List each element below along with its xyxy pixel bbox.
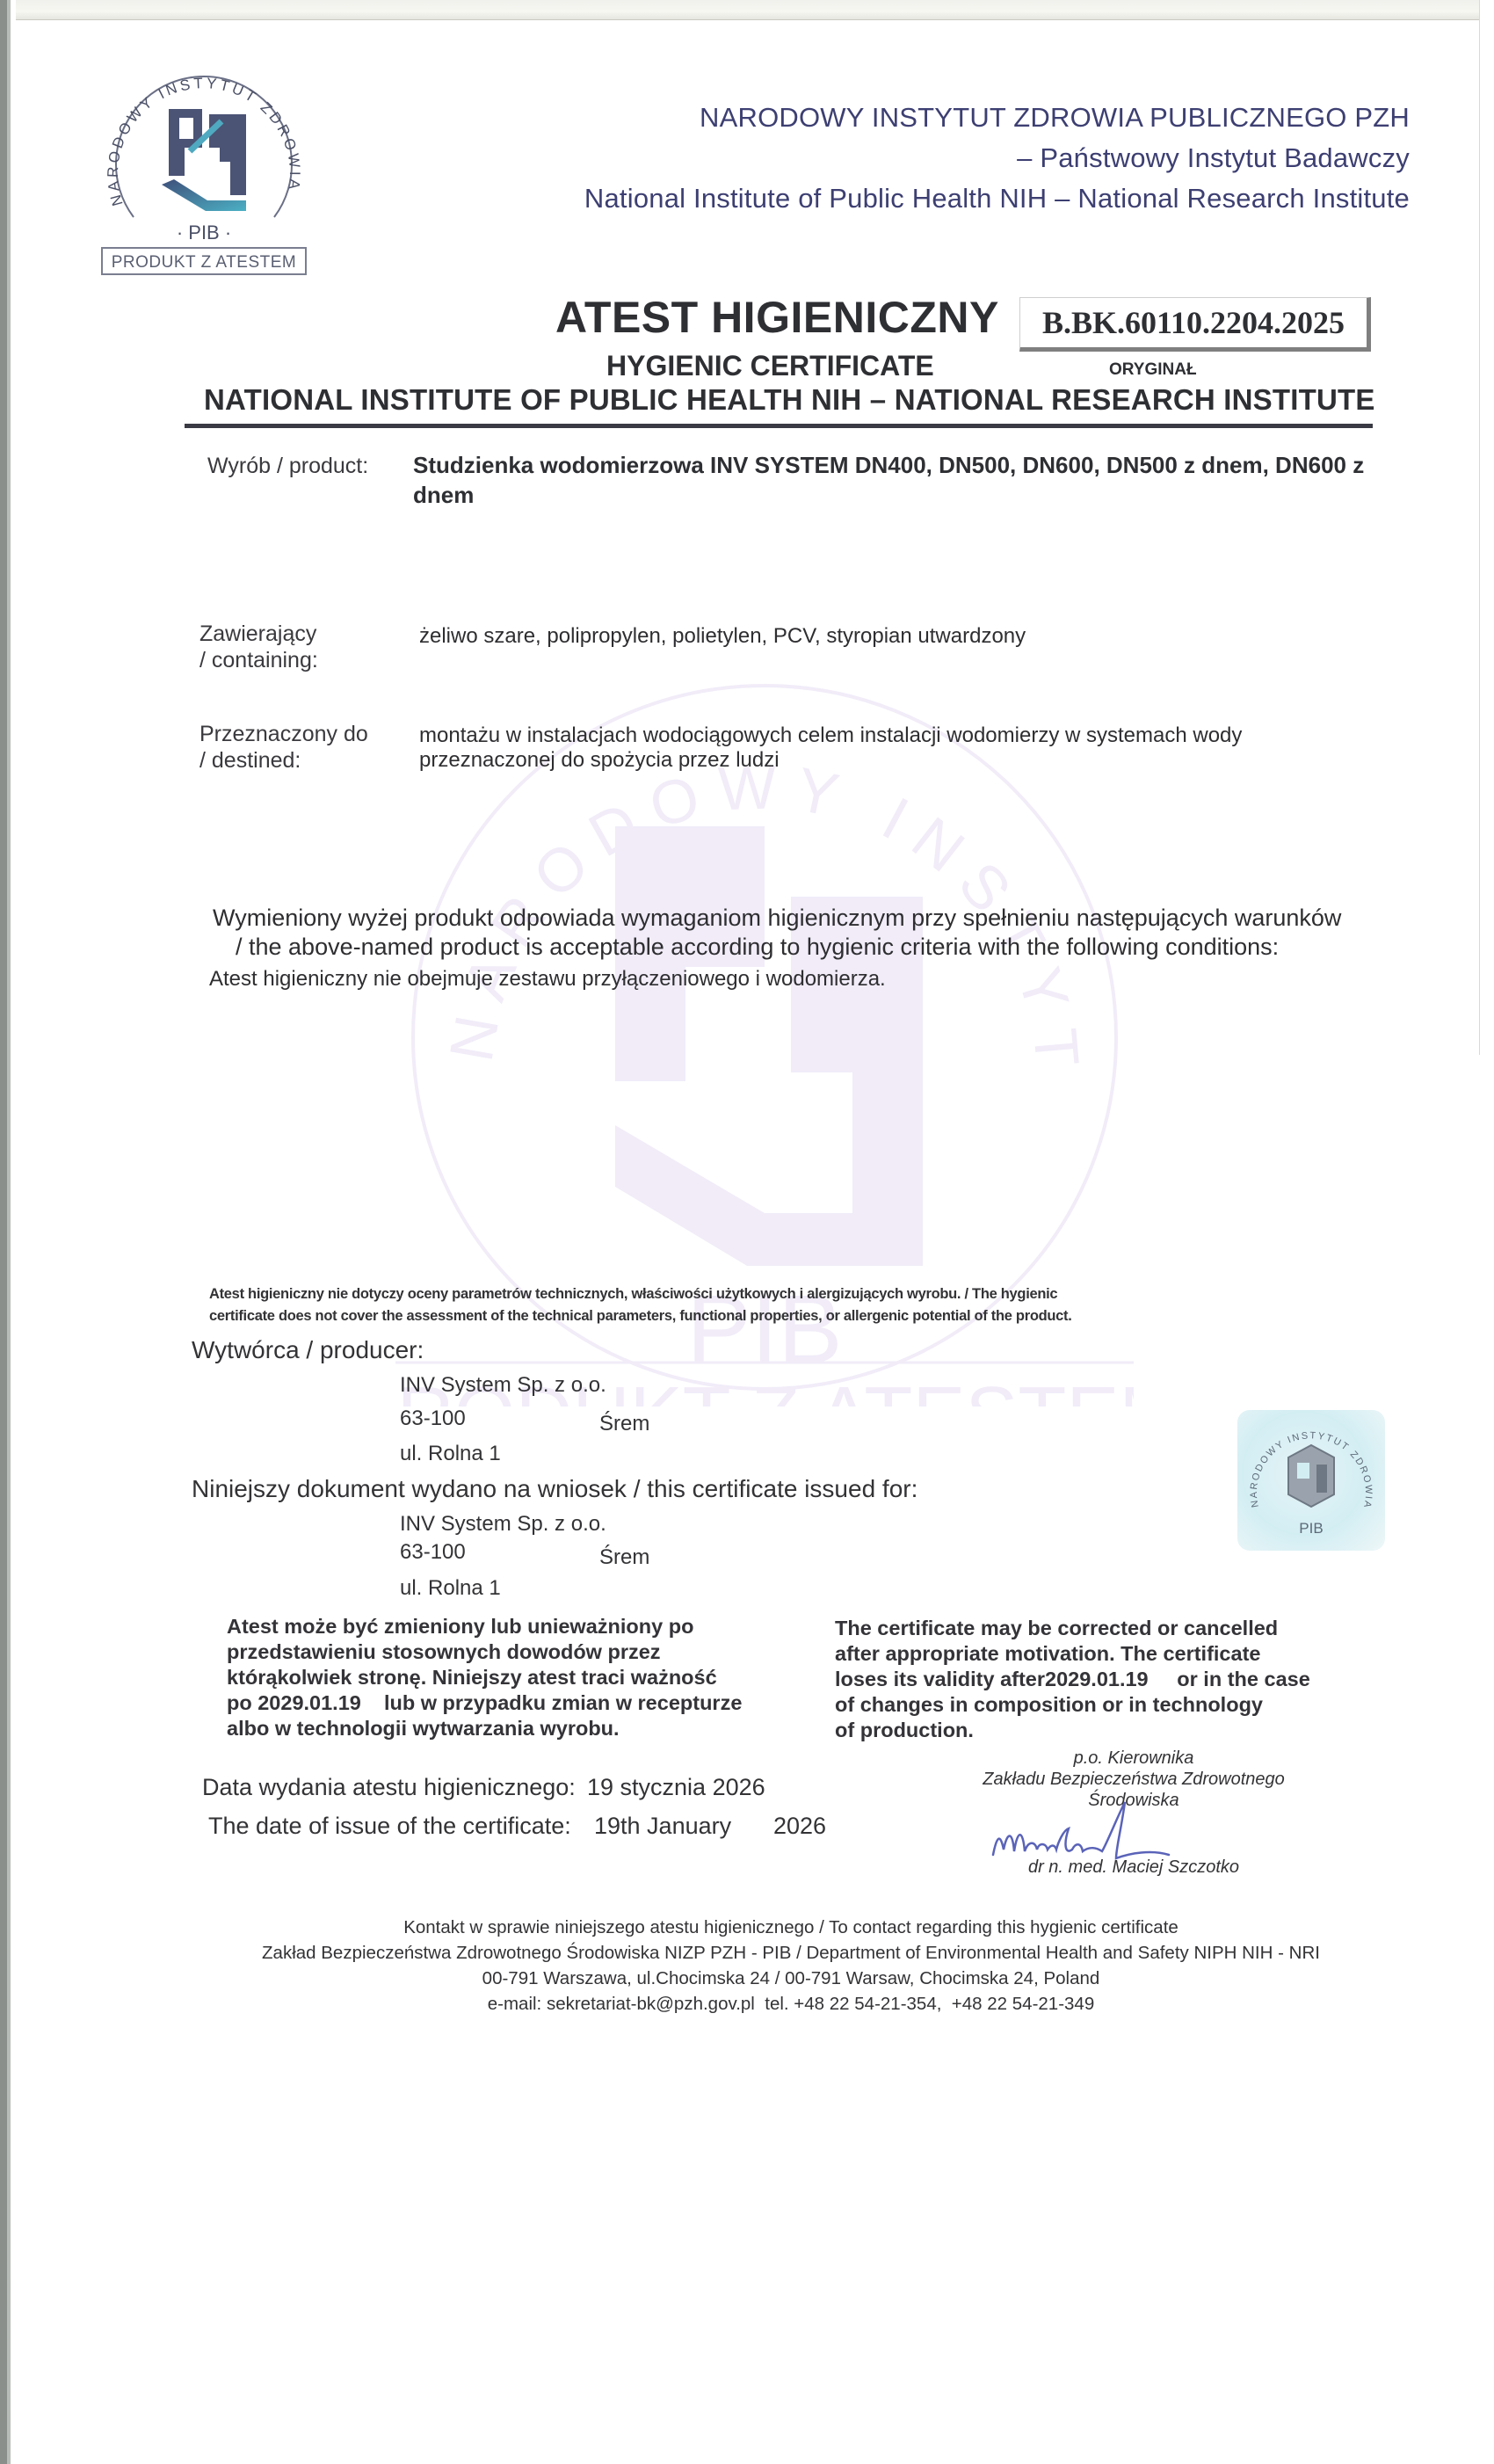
validity-pl-line: po 2029.01.19 lub w przypadku zmian w re…: [227, 1690, 742, 1716]
scan-edge-left-inner: [7, 0, 11, 2464]
disclaimer-line2: certificate does not cover the assessmen…: [209, 1305, 1352, 1327]
issue-date-value-en-year: 2026: [773, 1813, 826, 1840]
header-divider: [185, 424, 1373, 428]
contact-info: Kontakt w sprawie niniejszego atestu hig…: [176, 1915, 1406, 2017]
contact-address: 00-791 Warszawa, ul.Chocimska 24 / 00-79…: [176, 1966, 1406, 1991]
producer-street: ul. Rolna 1: [400, 1442, 501, 1466]
scan-edge-top: [16, 0, 1479, 20]
validity-pl-line: albo w technologii wytwarzania wyrobu.: [227, 1716, 742, 1741]
nih-pzh-pib-logo-icon: NARODOWY INSTYTUT ZDROWIA PUBLICZNEGO · …: [98, 63, 309, 280]
destined-label-pl: Przeznaczony do: [199, 721, 368, 747]
scan-edge-right: [1479, 0, 1480, 1055]
original-mark: ORYGINAŁ: [1109, 360, 1197, 380]
validity-pl-line: przedstawieniu stosownych dowodów przez: [227, 1639, 742, 1665]
condition-text: Atest higieniczny nie obejmuje zestawu p…: [209, 967, 886, 992]
validity-en-line: The certificate may be corrected or canc…: [835, 1616, 1310, 1641]
validity-en: The certificate may be corrected or canc…: [835, 1616, 1310, 1743]
institute-name-en: National Institute of Public Health NIH …: [584, 179, 1410, 218]
destined-label-en: / destined:: [199, 747, 368, 774]
validity-en-line: of production.: [835, 1718, 1310, 1743]
issued-for-street: ul. Rolna 1: [400, 1576, 501, 1601]
issued-for-label: Niniejszy dokument wydano na wniosek / t…: [192, 1475, 917, 1503]
contact-line: Kontakt w sprawie niniejszego atestu hig…: [176, 1915, 1406, 1940]
certificate-number: B.BK.60110.2204.2025: [1019, 297, 1371, 352]
disclaimer-line1: Atest higieniczny nie dotyczy oceny para…: [209, 1283, 1352, 1305]
issued-for-city: Śrem: [599, 1545, 649, 1570]
svg-text:· PIB ·: · PIB ·: [177, 222, 231, 243]
issue-date-label-en: The date of issue of the certificate:: [208, 1813, 571, 1840]
disclaimer: Atest higieniczny nie dotyczy oceny para…: [209, 1283, 1352, 1327]
destined-value-line1: montażu w instalacjach wodociągowych cel…: [419, 723, 1386, 748]
certificate-title-en: HYGIENIC CERTIFICATE: [606, 350, 934, 382]
contact-department: Zakład Bezpieczeństwa Zdrowotnego Środow…: [176, 1940, 1406, 1966]
issue-date-value-pl: 19 stycznia 2026: [587, 1774, 765, 1801]
producer-name: INV System Sp. z o.o.: [400, 1373, 606, 1398]
containing-label-pl: Zawierający: [199, 621, 318, 647]
validity-en-line: of changes in composition or in technolo…: [835, 1692, 1310, 1718]
destined-value: montażu w instalacjach wodociągowych cel…: [419, 723, 1386, 773]
scan-edge-left: [0, 0, 7, 2464]
validity-pl-line: którąkolwiek stronę. Niniejszy atest tra…: [227, 1665, 742, 1690]
signatory-title-line2: Zakładu Bezpieczeństwa Zdrowotnego: [932, 1769, 1336, 1790]
issued-for-name: INV System Sp. z o.o.: [400, 1512, 606, 1537]
issue-date-value-en-day-month: 19th January: [594, 1813, 731, 1840]
signatory-title-line1: p.o. Kierownika: [932, 1748, 1336, 1769]
svg-text:PIB: PIB: [1299, 1520, 1323, 1537]
validity-en-line: loses its validity after2029.01.19 or in…: [835, 1667, 1310, 1692]
product-label: Wyrób / product:: [207, 453, 368, 479]
destined-label: Przeznaczony do / destined:: [199, 721, 368, 774]
hologram-seal-icon: NARODOWY INSTYTUT ZDROWIA PUBLICZNEGO PZ…: [1237, 1410, 1385, 1551]
containing-label: Zawierający / containing:: [199, 621, 318, 673]
validity-pl: Atest może być zmieniony lub unieważnion…: [227, 1614, 742, 1741]
containing-value: żeliwo szare, polipropylen, polietylen, …: [419, 624, 1026, 649]
destined-value-line2: przeznaczonej do spożycia przez ludzi: [419, 748, 1386, 773]
svg-text:PRODUKT Z ATESTEM: PRODUKT Z ATESTEM: [112, 253, 297, 272]
issue-date-label-pl: Data wydania atestu higienicznego:: [202, 1774, 576, 1801]
conditions-statement-en: / the above-named product is acceptable …: [213, 933, 1341, 962]
certificate-title-pl: ATEST HIGIENICZNY: [555, 292, 999, 343]
issued-for-postal-code: 63-100: [400, 1540, 466, 1565]
containing-label-en: / containing:: [199, 647, 318, 673]
conditions-statement: Wymieniony wyżej produkt odpowiada wymag…: [213, 904, 1341, 962]
conditions-statement-pl: Wymieniony wyżej produkt odpowiada wymag…: [213, 904, 1341, 933]
producer-label: Wytwórca / producer:: [192, 1336, 424, 1364]
institute-name-pl: NARODOWY INSTYTUT ZDROWIA PUBLICZNEGO PZ…: [700, 98, 1410, 137]
institute-name-en-caps: NATIONAL INSTITUTE OF PUBLIC HEALTH NIH …: [204, 383, 1375, 417]
product-value: Studzienka wodomierzowa INV SYSTEM DN400…: [413, 450, 1397, 510]
validity-pl-line: Atest może być zmieniony lub unieważnion…: [227, 1614, 742, 1639]
hologram-seal: NARODOWY INSTYTUT ZDROWIA PUBLICZNEGO PZ…: [1237, 1410, 1385, 1551]
institute-subtitle-pl: – Państwowy Instytut Badawczy: [1017, 139, 1410, 178]
signatory-name: dr n. med. Maciej Szczotko: [932, 1857, 1336, 1878]
producer-city: Śrem: [599, 1412, 649, 1436]
validity-en-line: after appropriate motivation. The certif…: [835, 1641, 1310, 1667]
producer-postal-code: 63-100: [400, 1406, 466, 1431]
contact-email-phone: e-mail: sekretariat-bk@pzh.gov.pl tel. +…: [176, 1991, 1406, 2017]
